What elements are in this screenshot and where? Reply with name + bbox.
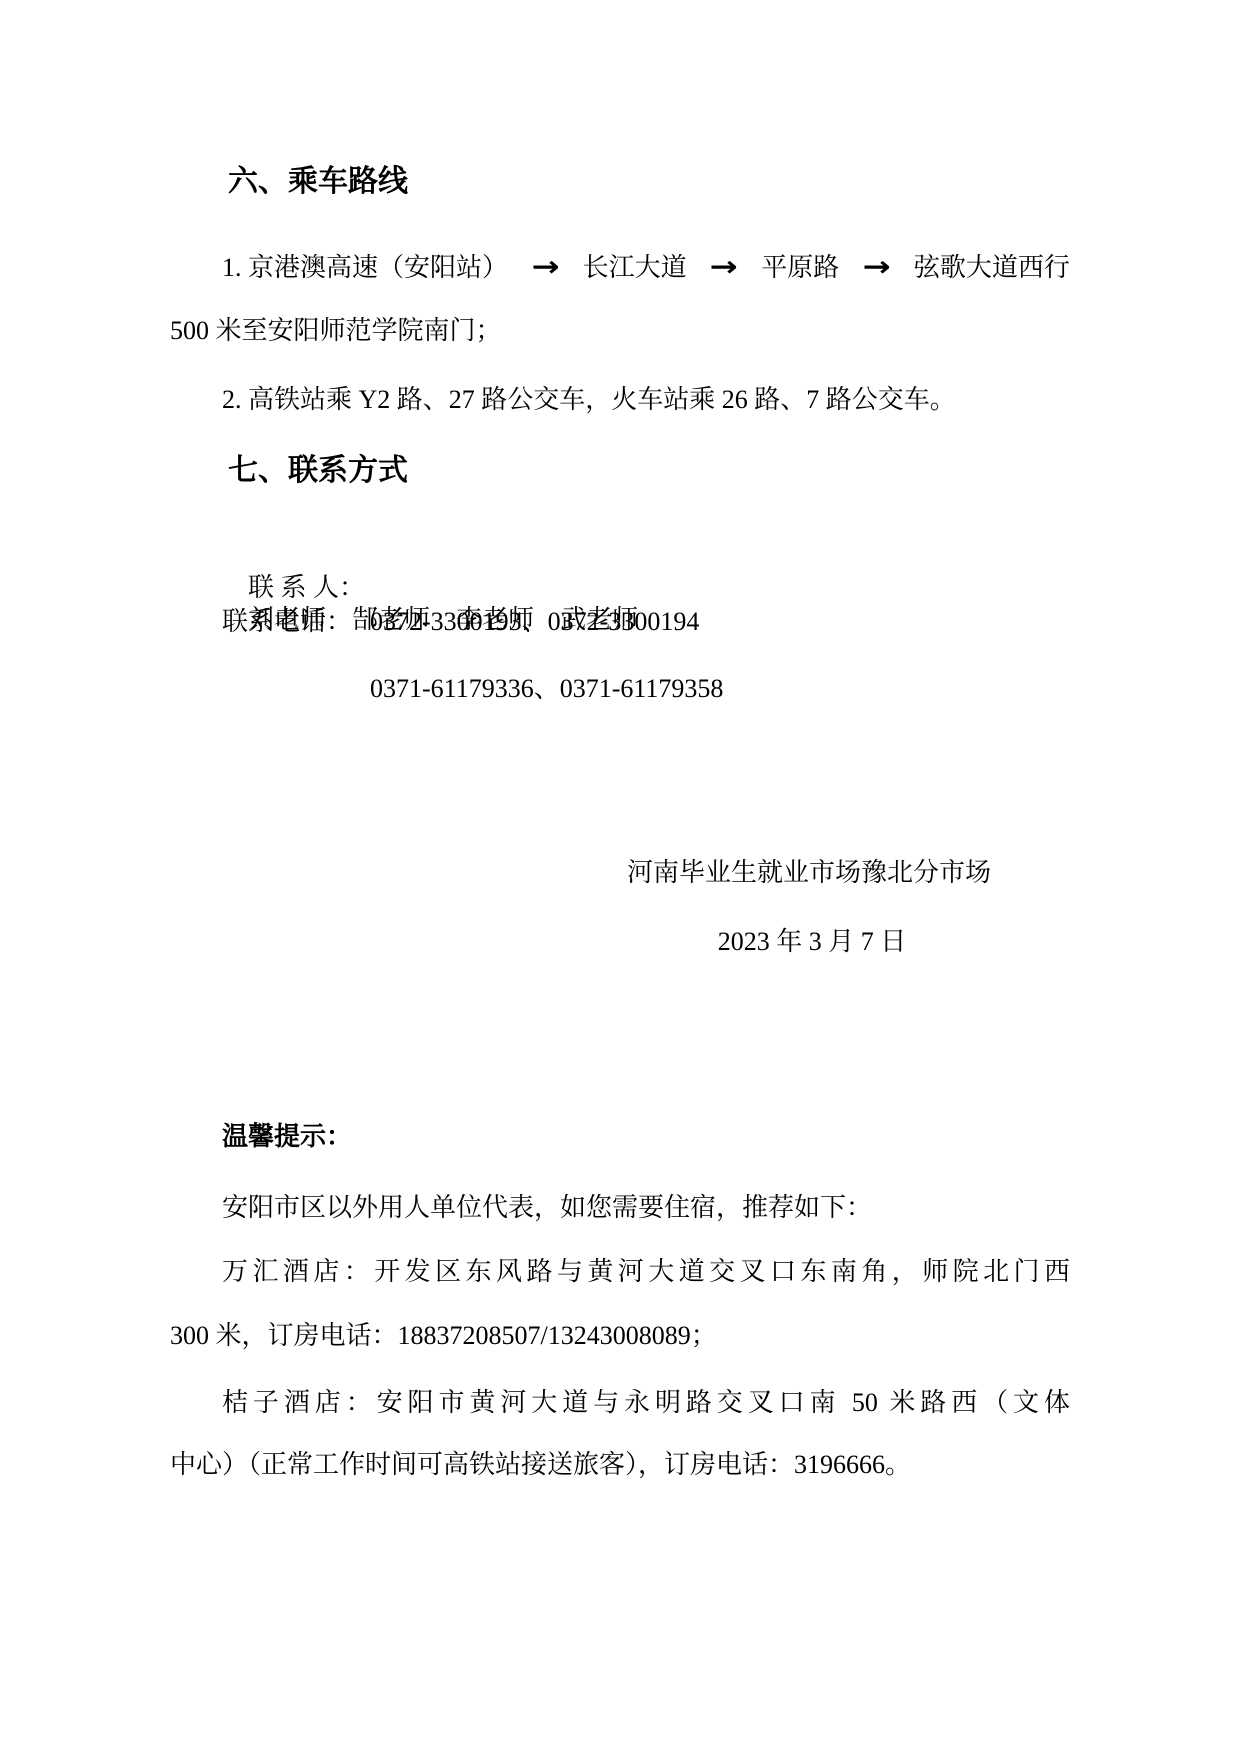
route-item-1-line-2: 500 米至安阳师范学院南门； [170, 315, 502, 348]
document-page: 六、乘车路线 1. 京港澳高速（安阳站） → 长江大道 → 平原路 → 弦歌大道… [0, 0, 1241, 1754]
tips-heading: 温馨提示： [222, 1120, 352, 1153]
hotel-wanhui-line-2: 300 米，订房电话：18837208507/13243008089； [170, 1320, 717, 1353]
contact-person-line: 联 系 人： 刘老师 郜老师 李老师 武老师 [222, 539, 638, 669]
section-transport-heading: 六、乘车路线 [228, 163, 408, 201]
signature-date: 2023 年 3 月 7 日 [627, 926, 997, 959]
route-segment-highway: 1. 京港澳高速（安阳站） [222, 252, 508, 285]
route-segment-xiange-avenue: 弦歌大道西行 [914, 252, 1070, 285]
route-segment-changjiang-avenue: 长江大道 [583, 252, 687, 285]
phone-label: 联系电话： [222, 606, 370, 639]
hotel-wanhui-line-1: 万汇酒店：开发区东风路与黄河大道交叉口东南角，师院北门西 [222, 1256, 1070, 1289]
route-segment-pingyuan-road: 平原路 [761, 252, 839, 285]
signature-organization: 河南毕业生就业市场豫北分市场 [627, 857, 991, 890]
right-arrow-icon: → [710, 249, 738, 284]
phone-line-2: 0371-61179336、0371-61179358 [370, 673, 723, 706]
hotel-orange-line-1: 桔子酒店：安阳市黄河大道与永明路交叉口南 50 米路西（文体 [222, 1387, 1070, 1420]
section-contact-heading: 七、联系方式 [228, 452, 408, 490]
hotel-orange-line-2: 中心）（正常工作时间可高铁站接送旅客），订房电话：3196666。 [170, 1449, 911, 1482]
route-item-1-line-1: 1. 京港澳高速（安阳站） → 长江大道 → 平原路 → 弦歌大道西行 [222, 249, 1070, 285]
right-arrow-icon: → [531, 249, 559, 284]
phone-line-1: 联系电话： 0372-3300193、0372-3300194 [222, 606, 699, 639]
phone-numbers-1: 0372-3300193、0372-3300194 [370, 606, 699, 639]
contact-person-label: 联 系 人： [248, 573, 365, 602]
tips-intro: 安阳市区以外用人单位代表，如您需要住宿，推荐如下： [222, 1192, 872, 1225]
route-item-2: 2. 高铁站乘 Y2 路、27 路公交车，火车站乘 26 路、7 路公交车。 [222, 384, 956, 417]
right-arrow-icon: → [863, 249, 891, 284]
